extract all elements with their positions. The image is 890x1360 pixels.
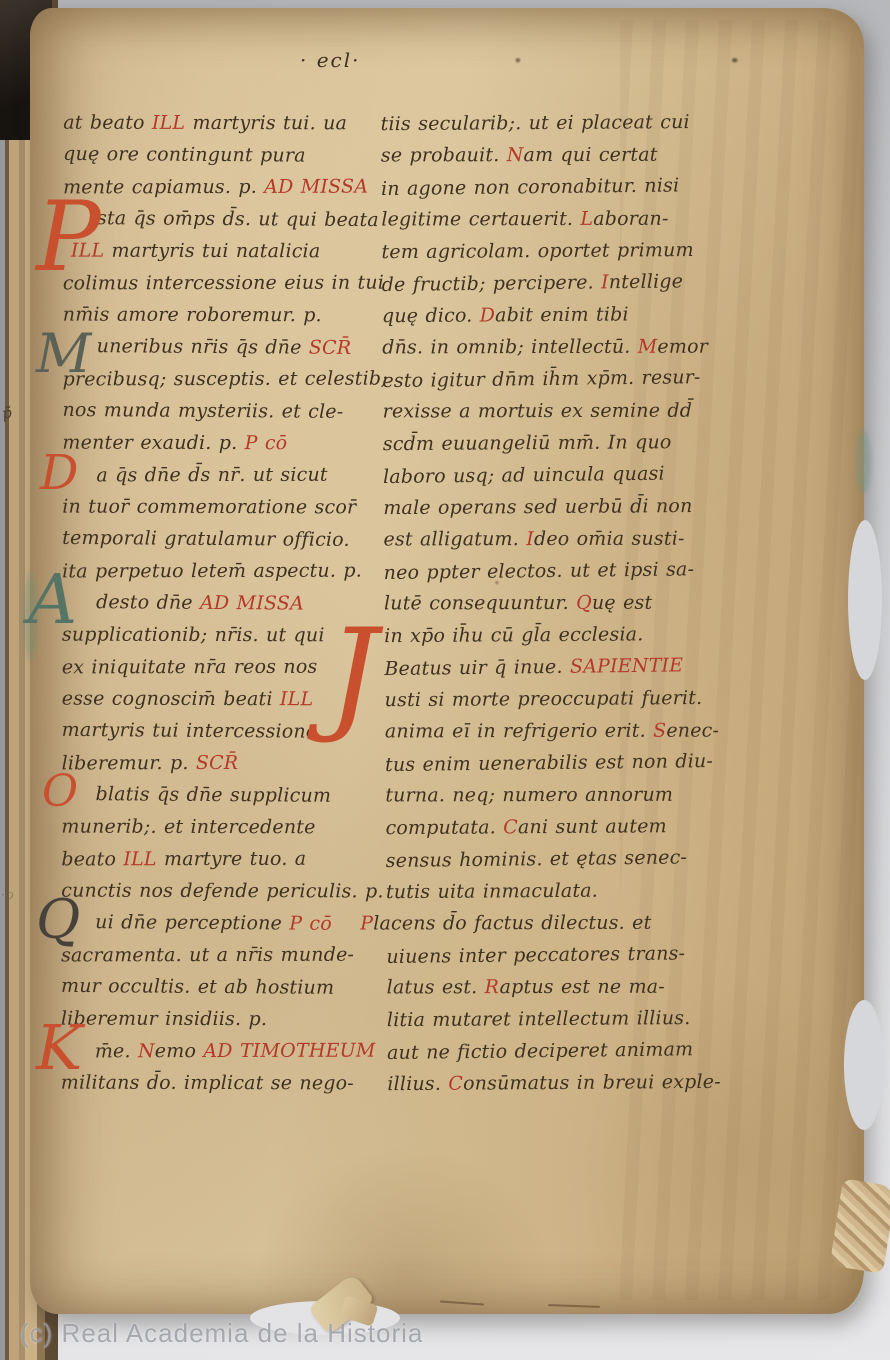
body-text: computata. xyxy=(385,816,503,839)
text-line: latus est. Raptus est ne ma- xyxy=(387,976,721,1009)
text-line: uiuens inter peccatores trans- xyxy=(386,942,720,978)
text-line: quę dico. Dabit enim tibi xyxy=(382,303,716,337)
text-line: nos munda mysteriis. et cle- xyxy=(62,399,376,433)
text-line: sta q̄s om̄ps d̄s. ut qui beata xyxy=(63,207,377,241)
text-line: in xp̄o ih̄u cū gl̄a ecclesia. xyxy=(384,623,718,657)
body-text: in xp̄o ih̄u cū gl̄a ecclesia. xyxy=(384,623,643,647)
text-line: esto igitur dn̄m ih̄m xp̄m. resur- xyxy=(382,366,716,402)
text-line: militans d̄o. implicat se nego- xyxy=(61,1072,375,1105)
text-line: liberemur. p. SCR̄ xyxy=(62,752,376,785)
text-line: neo ppter electos. ut et ipsi sa- xyxy=(384,558,718,594)
body-text: ntellige xyxy=(609,270,684,293)
body-text: tus enim uenerabilis est non diu- xyxy=(385,750,713,776)
body-text: sensus hominis. et ętas senec- xyxy=(386,846,688,872)
text-line: a q̄s dn̄e d̄s nr̄. ut sicut xyxy=(62,464,376,497)
manuscript-photo: · ecl· at beato ILL martyris tui. uaquę … xyxy=(0,0,890,1360)
text-line: tus enim uenerabilis est non diu- xyxy=(385,750,719,786)
text-line: tiis secularib;. ut ei placeat cui xyxy=(381,111,715,145)
body-text: martyris tui intercessione xyxy=(62,719,318,743)
rubric-text: P xyxy=(360,913,373,935)
body-text: enec- xyxy=(666,720,719,742)
body-text: supplicationib; nr̄is. ut qui xyxy=(62,624,325,647)
green-pigment-smudge-right xyxy=(856,430,871,494)
rubric-text: C xyxy=(503,816,518,838)
drop-initial-D: D xyxy=(40,452,78,495)
body-text: uiuens inter peccatores trans- xyxy=(386,942,685,968)
rubric-text: ILL xyxy=(152,112,185,134)
body-text: esse cognoscim̄ beati xyxy=(62,688,280,711)
text-line: turna. neq; numero annorum xyxy=(385,784,719,817)
body-text: usti si morte preoccupati fuerit. xyxy=(385,687,703,711)
text-line: rexisse a mortuis ex semine dd̄ xyxy=(383,400,717,433)
body-text: nm̄is amore roboremur. p. xyxy=(63,304,322,327)
body-text: sta q̄s om̄ps d̄s. ut qui beata xyxy=(97,207,379,231)
text-line: aut ne fictio deciperet animam xyxy=(387,1038,721,1074)
drop-initial-A: A xyxy=(28,570,77,631)
rubric-text: ILL xyxy=(280,688,313,710)
text-line: est alligatum. Ideo om̄ia susti- xyxy=(384,528,718,561)
rubric-text: SAPIENTIE xyxy=(570,654,684,677)
text-line: de fructib; percipere. Intellige xyxy=(382,270,716,306)
body-text: militans d̄o. implicat se nego- xyxy=(61,1072,354,1095)
text-line: in tuor̄ commemoratione scor̄ xyxy=(62,496,376,529)
text-line: m̄e. Nemo AD TIMOTHEUM xyxy=(61,1040,375,1073)
body-text: uę est xyxy=(592,592,652,614)
body-text: litia mutaret intellectum illius. xyxy=(387,1007,691,1031)
text-line: precibusq; susceptis. et celestib; xyxy=(63,368,377,401)
body-text: liberemur insidiis. p. xyxy=(61,1008,267,1031)
text-line: in agone non coronabitur. nisi xyxy=(381,174,715,210)
body-text: se probauit. xyxy=(381,144,507,166)
text-line: liberemur insidiis. p. xyxy=(61,1008,375,1041)
text-line: usti si morte preoccupati fuerit. xyxy=(385,687,719,721)
body-text: emo xyxy=(155,1040,204,1062)
body-text: rexisse a mortuis ex semine dd̄ xyxy=(383,400,693,423)
text-line: se probauit. Nam qui certat xyxy=(381,144,715,177)
body-text: est alligatum. xyxy=(384,528,527,550)
drop-initial-Q: Q xyxy=(36,896,80,945)
page-edge-notch xyxy=(844,1000,884,1130)
margin-mark: ·p xyxy=(1,888,13,903)
body-text: tem agricolam. oportet primum xyxy=(381,239,693,263)
text-line: temporali gratulamur officio. xyxy=(62,527,376,561)
text-line: nm̄is amore roboremur. p. xyxy=(63,304,377,337)
text-line: legitime certauerit. Laboran- xyxy=(381,208,715,241)
body-text: legitime certauerit. xyxy=(381,208,580,231)
text-line: lutē consequuntur. Quę est xyxy=(384,592,718,625)
rubric-text: N xyxy=(507,144,524,166)
body-text: turna. neq; numero annorum xyxy=(385,784,673,807)
body-text: liberemur. p. xyxy=(62,752,196,774)
body-text: neo ppter electos. ut et ipsi sa- xyxy=(384,558,695,584)
body-text: a q̄s dn̄e d̄s nr̄. ut sicut xyxy=(96,464,327,487)
text-line: at beato ILL martyris tui. ua xyxy=(63,112,377,145)
body-text: beato xyxy=(61,848,123,870)
rubric-text: P cō xyxy=(245,432,288,454)
body-text: de fructib; percipere. xyxy=(382,271,602,296)
body-text: Beatus uir q̄ inue. xyxy=(384,656,570,680)
text-line: ita perpetuo letem̄ aspectu. p. xyxy=(62,560,376,593)
body-text: uneribus nr̄is q̄s dn̄e xyxy=(97,335,309,358)
body-text: lutē consequuntur. xyxy=(384,592,576,615)
rubric-text: R xyxy=(485,976,500,998)
body-text: aptus est ne ma- xyxy=(500,976,665,998)
text-line: sensus hominis. et ętas senec- xyxy=(386,846,720,882)
page-edge-notch xyxy=(848,520,882,680)
text-line: scd̄m euuangeliū mm̄. In quo xyxy=(383,431,717,465)
body-text: ui dn̄e perceptione xyxy=(95,911,289,934)
rubric-text: L xyxy=(580,208,593,230)
body-text: at beato xyxy=(63,112,152,134)
text-line: ILL martyris tui natalicia xyxy=(63,240,377,273)
body-text: latus est. xyxy=(387,976,485,998)
body-text: illius. xyxy=(387,1073,448,1095)
rubric-text: N xyxy=(138,1040,155,1062)
body-text: lacens d̄o factus dilectus. et xyxy=(373,912,651,935)
body-text: desto dn̄e xyxy=(96,591,200,614)
drop-initial-K: K xyxy=(36,1020,82,1076)
text-line: male operans sed uerbū d̄i non xyxy=(383,495,717,529)
body-text: temporali gratulamur officio. xyxy=(62,527,350,551)
body-text: sacramenta. ut a nr̄is munde- xyxy=(61,944,354,967)
text-line: illius. Consūmatus in breui exple- xyxy=(387,1071,721,1105)
text-line: litia mutaret intellectum illius. xyxy=(387,1007,721,1041)
body-text: precibusq; susceptis. et celestib; xyxy=(63,368,388,391)
text-line: Beatus uir q̄ inue. SAPIENTIE xyxy=(384,654,718,690)
body-text: munerib;. et intercedente xyxy=(61,816,315,839)
body-text: aboran- xyxy=(593,208,668,230)
drop-initial-O: O xyxy=(42,772,78,812)
rubric-text: Q xyxy=(576,592,592,614)
body-text: martyris tui natalicia xyxy=(104,240,320,263)
body-text: am qui certat xyxy=(524,144,658,166)
rubric-text: S xyxy=(653,720,666,742)
body-text: male operans sed uerbū d̄i non xyxy=(383,495,692,519)
rubric-text: P cō xyxy=(289,912,332,934)
text-line: uneribus nr̄is q̄s dn̄e SCR̄ xyxy=(63,335,377,369)
rubric-text: D xyxy=(480,304,496,326)
folio-header-mark: · ecl· xyxy=(300,48,361,72)
body-text: menter exaudi. p. xyxy=(62,432,244,454)
body-text: blatis q̄s dn̄e supplicum xyxy=(95,783,331,807)
text-line: colimus intercessione eius in tui xyxy=(63,272,377,305)
body-text: quę dico. xyxy=(382,304,480,327)
body-text: scd̄m euuangeliū mm̄. In quo xyxy=(383,431,672,455)
body-text: in tuor̄ commemoratione scor̄ xyxy=(62,496,356,519)
rubric-text: AD TIMOTHEUM xyxy=(203,1040,375,1062)
body-text: ita perpetuo letem̄ aspectu. p. xyxy=(62,560,362,583)
body-text: esto igitur dn̄m ih̄m xp̄m. resur- xyxy=(382,366,700,392)
body-text: colimus intercessione eius in tui xyxy=(63,272,384,295)
text-line: beato ILL martyre tuo. a xyxy=(61,848,375,881)
drop-initial-P: P xyxy=(36,194,101,280)
text-line: computata. Cani sunt autem xyxy=(385,815,719,849)
text-line: cunctis nos defende periculis. p. xyxy=(61,880,375,913)
drop-initial-J: J xyxy=(328,620,378,732)
body-text: cunctis nos defende periculis. p. xyxy=(61,880,383,903)
rubric-text: ILL xyxy=(123,848,156,870)
body-text: tiis secularib;. ut ei placeat cui xyxy=(381,111,690,135)
body-text: abit enim tibi xyxy=(495,303,629,326)
body-text: martyris tui. ua xyxy=(185,112,347,134)
text-line: tutis uita inmaculata. xyxy=(386,879,720,913)
text-line: mur occultis. et ab hostium xyxy=(61,975,375,1009)
body-text: ani sunt autem xyxy=(518,815,667,838)
rubric-text: SCR̄ xyxy=(309,337,352,359)
right-text-column: tiis secularib;. ut ei placeat cuise pro… xyxy=(381,111,722,1105)
body-text: m̄e. xyxy=(95,1040,138,1062)
body-text: aut ne fictio deciperet animam xyxy=(387,1038,693,1064)
rubric-text: M xyxy=(638,336,658,358)
text-line: quę ore contingunt pura xyxy=(63,143,377,177)
text-line: laboro usq; ad uincula quasi xyxy=(383,462,717,498)
watermark: (c) Real Academia de la Historia xyxy=(20,1318,423,1349)
body-text: emor xyxy=(657,336,708,358)
text-line: anima eī in refrigerio erit. Senec- xyxy=(385,720,719,753)
body-text: in agone non coronabitur. nisi xyxy=(381,174,679,200)
text-line: mente capiamus. p. AD MISSA xyxy=(63,176,377,209)
body-text: mur occultis. et ab hostium xyxy=(61,975,334,999)
body-text: nos munda mysteriis. et cle- xyxy=(62,399,343,423)
body-text: tutis uita inmaculata. xyxy=(386,880,598,903)
text-line: munerib;. et intercedente xyxy=(61,816,375,849)
text-line: sacramenta. ut a nr̄is munde- xyxy=(61,944,375,977)
text-line: ui dn̄e perceptione P cō xyxy=(61,911,375,945)
body-text: laboro usq; ad uincula quasi xyxy=(383,463,665,488)
rubric-text: AD MISSA xyxy=(264,176,368,198)
text-line: blatis q̄s dn̄e supplicum xyxy=(61,783,375,817)
body-text: anima eī in refrigerio erit. xyxy=(385,720,653,743)
drop-initial-M: M xyxy=(36,330,91,379)
rubric-text: AD MISSA xyxy=(200,592,304,615)
body-text: ex iniquitate nr̄a reos nos xyxy=(62,656,318,679)
text-line: tem agricolam. oportet primum xyxy=(381,239,715,273)
text-line: menter exaudi. p. P cō xyxy=(62,432,376,465)
rubric-text: C xyxy=(448,1073,463,1095)
body-text: martyre tuo. a xyxy=(157,848,307,870)
body-text: dn̄s. in omnib; intellectū. xyxy=(382,336,638,359)
body-text: quę ore contingunt pura xyxy=(63,143,306,167)
text-line: Placens d̄o factus dilectus. et xyxy=(360,912,720,945)
body-text: onsūmatus in breui exple- xyxy=(463,1071,721,1095)
body-text: deo om̄ia susti- xyxy=(534,528,685,550)
text-line: dn̄s. in omnib; intellectū. Memor xyxy=(382,336,716,369)
rubric-text: SCR̄ xyxy=(196,752,239,774)
